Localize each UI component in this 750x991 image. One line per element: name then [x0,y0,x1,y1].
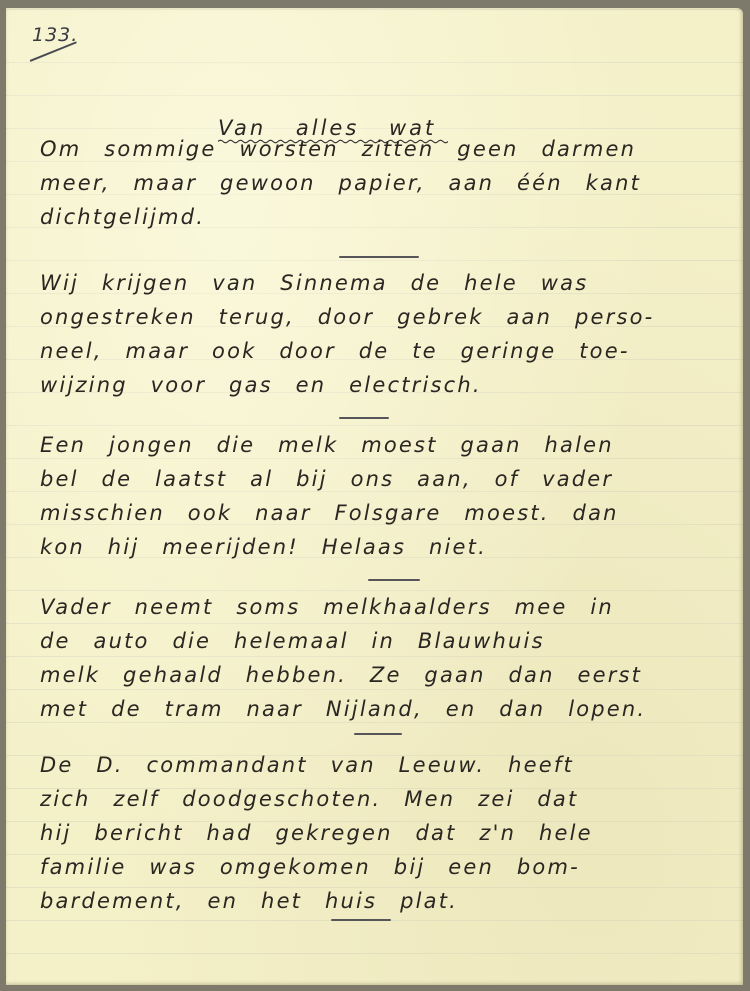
text-line: Wij krijgen van Sinnema de hele was [40,266,740,300]
text-line: familie was omgekomen bij een bom- [40,850,740,884]
section-separator [368,579,420,581]
text-line: melk gehaald hebben. Ze gaan dan eerst [40,658,740,692]
text-line: kon hij meerijden! Helaas niet. [40,530,740,564]
section-separator [339,256,419,258]
text-line: Om sommige worsten zitten geen darmen [40,132,740,166]
text-line: Een jongen die melk moest gaan halen [40,428,740,462]
section-separator [354,733,402,735]
paragraph-sausages: Om sommige worsten zitten geen darmen me… [40,132,740,234]
section-separator [331,919,391,921]
text-line: ongestreken terug, door gebrek aan perso… [40,300,740,334]
text-line: meer, maar gewoon papier, aan één kant [40,166,740,200]
text-line: De D. commandant van Leeuw. heeft [40,748,740,782]
text-line: hij bericht had gekregen dat z'n hele [40,816,740,850]
text-line: neel, maar ook door de te geringe toe- [40,334,740,368]
text-line: bel de laatst al bij ons aan, of vader [40,462,740,496]
paragraph-laundry: Wij krijgen van Sinnema de hele was onge… [40,266,740,402]
paragraph-father-car: Vader neemt soms melkhaalders mee in de … [40,590,740,726]
paragraph-milk-boy: Een jongen die melk moest gaan halen bel… [40,428,740,564]
text-line: zich zelf doodgeschoten. Men zei dat [40,782,740,816]
text-line: Vader neemt soms melkhaalders mee in [40,590,740,624]
paragraph-commandant: De D. commandant van Leeuw. heeft zich z… [40,748,740,918]
section-separator [339,417,389,419]
text-line: wijzing voor gas en electrisch. [40,368,740,402]
text-line: met de tram naar Nijland, en dan lopen. [40,692,740,726]
text-line: de auto die helemaal in Blauwhuis [40,624,740,658]
text-line: dichtgelijmd. [40,200,740,234]
notebook-page: 133. Van alles wat Om sommige worsten zi… [6,8,743,985]
text-line: misschien ook naar Folsgare moest. dan [40,496,740,530]
text-line: bardement, en het huis plat. [40,884,740,918]
